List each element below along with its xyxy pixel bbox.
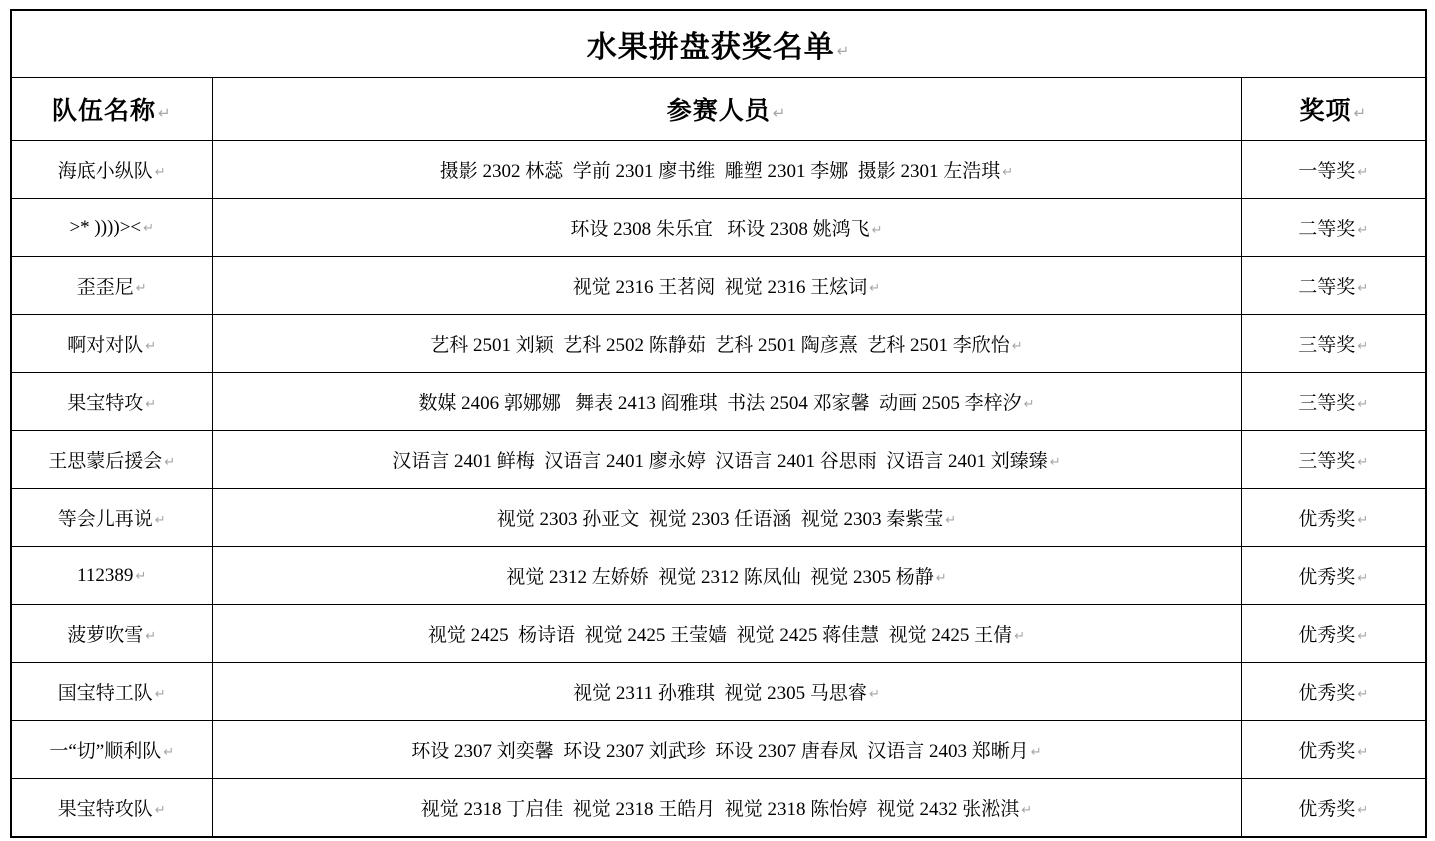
members-cell[interactable]: 视觉 2312 左娇娇 视觉 2312 陈凤仙 视觉 2305 杨静↵ xyxy=(212,547,1241,605)
paragraph-return-icon: ↵ xyxy=(164,455,175,470)
award-text: 优秀奖 xyxy=(1298,567,1355,588)
award-text: 优秀奖 xyxy=(1298,625,1355,646)
members-text: 视觉 2303 孙亚文 视觉 2303 任语涵 视觉 2303 秦紫莹 xyxy=(497,509,944,530)
members-text: 视觉 2318 丁启佳 视觉 2318 王皓月 视觉 2318 陈怡婷 视觉 2… xyxy=(421,799,1020,820)
members-text: 环设 2307 刘奕馨 环设 2307 刘武珍 环设 2307 唐春凤 汉语言 … xyxy=(411,741,1029,762)
team-name: 菠萝吹雪 xyxy=(67,625,143,646)
paragraph-return-icon: ↵ xyxy=(1357,629,1368,644)
members-cell[interactable]: 视觉 2311 孙雅琪 视觉 2305 马思睿↵ xyxy=(212,663,1241,721)
paragraph-return-icon: ↵ xyxy=(1031,745,1042,760)
table-row: 一“切”顺利队↵ 环设 2307 刘奕馨 环设 2307 刘武珍 环设 2307… xyxy=(11,721,1426,779)
award-cell[interactable]: 三等奖↵ xyxy=(1241,373,1426,431)
paragraph-return-icon: ↵ xyxy=(155,513,166,528)
team-name: 果宝特攻 xyxy=(67,393,143,414)
team-cell[interactable]: 果宝特攻↵ xyxy=(11,373,212,431)
paragraph-return-icon: ↵ xyxy=(1021,803,1032,818)
paragraph-return-icon: ↵ xyxy=(155,803,166,818)
award-cell[interactable]: 优秀奖↵ xyxy=(1241,605,1426,663)
paragraph-return-icon: ↵ xyxy=(143,221,154,236)
award-table: 水果拼盘获奖名单↵ 队伍名称↵ 参赛人员↵ 奖项↵ 海底小纵队↵ 摄影 2302… xyxy=(10,9,1427,838)
paragraph-return-icon: ↵ xyxy=(145,629,156,644)
award-text: 三等奖 xyxy=(1298,451,1355,472)
award-cell[interactable]: 优秀奖↵ xyxy=(1241,547,1426,605)
paragraph-return-icon: ↵ xyxy=(1002,165,1013,180)
paragraph-return-icon: ↵ xyxy=(945,513,956,528)
award-cell[interactable]: 二等奖↵ xyxy=(1241,199,1426,257)
members-cell[interactable]: 摄影 2302 林蕊 学前 2301 廖书维 雕塑 2301 李娜 摄影 230… xyxy=(212,141,1241,199)
document-title-cell[interactable]: 水果拼盘获奖名单↵ xyxy=(11,10,1426,78)
header-award-label: 奖项 xyxy=(1299,98,1351,125)
award-text: 三等奖 xyxy=(1298,393,1355,414)
team-cell[interactable]: 国宝特工队↵ xyxy=(11,663,212,721)
team-name: 海底小纵队 xyxy=(58,161,153,182)
team-name: 歪歪尼 xyxy=(77,277,134,298)
paragraph-return-icon: ↵ xyxy=(135,569,146,584)
table-row: >* ))))><↵ 环设 2308 朱乐宜 环设 2308 姚鸿飞↵ 二等奖↵ xyxy=(11,199,1426,257)
members-cell[interactable]: 环设 2307 刘奕馨 环设 2307 刘武珍 环设 2307 唐春凤 汉语言 … xyxy=(212,721,1241,779)
team-name: 等会儿再说 xyxy=(58,509,153,530)
team-cell[interactable]: 等会儿再说↵ xyxy=(11,489,212,547)
title-row: 水果拼盘获奖名单↵ xyxy=(11,10,1426,78)
members-text: 汉语言 2401 鲜梅 汉语言 2401 廖永婷 汉语言 2401 谷思雨 汉语… xyxy=(392,451,1048,472)
team-cell[interactable]: 112389↵ xyxy=(11,547,212,605)
table-row: 啊对对队↵ 艺科 2501 刘颖 艺科 2502 陈静茹 艺科 2501 陶彦熹… xyxy=(11,315,1426,373)
table-row: 112389↵ 视觉 2312 左娇娇 视觉 2312 陈凤仙 视觉 2305 … xyxy=(11,547,1426,605)
team-name: 112389 xyxy=(77,565,133,586)
paragraph-return-icon: ↵ xyxy=(1357,339,1368,354)
paragraph-return-icon: ↵ xyxy=(837,42,851,60)
award-text: 优秀奖 xyxy=(1298,799,1355,820)
header-row: 队伍名称↵ 参赛人员↵ 奖项↵ xyxy=(11,78,1426,141)
table-row: 果宝特攻↵ 数媒 2406 郭娜娜 舞表 2413 阎雅琪 书法 2504 邓家… xyxy=(11,373,1426,431)
team-name: 王思蒙后援会 xyxy=(48,451,162,472)
members-cell[interactable]: 数媒 2406 郭娜娜 舞表 2413 阎雅琪 书法 2504 邓家馨 动画 2… xyxy=(212,373,1241,431)
team-cell[interactable]: 海底小纵队↵ xyxy=(11,141,212,199)
members-cell[interactable]: 视觉 2316 王茗阅 视觉 2316 王炫词↵ xyxy=(212,257,1241,315)
paragraph-return-icon: ↵ xyxy=(872,223,883,238)
award-text: 优秀奖 xyxy=(1298,741,1355,762)
paragraph-return-icon: ↵ xyxy=(155,687,166,702)
paragraph-return-icon: ↵ xyxy=(1357,803,1368,818)
paragraph-return-icon: ↵ xyxy=(869,281,880,296)
paragraph-return-icon: ↵ xyxy=(1050,455,1061,470)
award-cell[interactable]: 优秀奖↵ xyxy=(1241,721,1426,779)
table-row: 果宝特攻队↵ 视觉 2318 丁启佳 视觉 2318 王皓月 视觉 2318 陈… xyxy=(11,779,1426,838)
members-text: 艺科 2501 刘颖 艺科 2502 陈静茹 艺科 2501 陶彦熹 艺科 25… xyxy=(430,335,1010,356)
paragraph-return-icon: ↵ xyxy=(155,165,166,180)
award-text: 优秀奖 xyxy=(1298,509,1355,530)
header-team[interactable]: 队伍名称↵ xyxy=(11,78,212,141)
team-name: >* ))))>< xyxy=(69,217,141,238)
table-row: 菠萝吹雪↵ 视觉 2425 杨诗语 视觉 2425 王莹嫱 视觉 2425 蒋佳… xyxy=(11,605,1426,663)
members-cell[interactable]: 视觉 2425 杨诗语 视觉 2425 王莹嫱 视觉 2425 蒋佳慧 视觉 2… xyxy=(212,605,1241,663)
table-row: 歪歪尼↵ 视觉 2316 王茗阅 视觉 2316 王炫词↵ 二等奖↵ xyxy=(11,257,1426,315)
team-cell[interactable]: 一“切”顺利队↵ xyxy=(11,721,212,779)
team-cell[interactable]: 菠萝吹雪↵ xyxy=(11,605,212,663)
members-text: 视觉 2316 王茗阅 视觉 2316 王炫词 xyxy=(573,277,868,298)
team-cell[interactable]: >* ))))><↵ xyxy=(11,199,212,257)
members-cell[interactable]: 视觉 2303 孙亚文 视觉 2303 任语涵 视觉 2303 秦紫莹↵ xyxy=(212,489,1241,547)
paragraph-return-icon: ↵ xyxy=(1024,397,1035,412)
team-cell[interactable]: 王思蒙后援会↵ xyxy=(11,431,212,489)
award-text: 二等奖 xyxy=(1298,277,1355,298)
paragraph-return-icon: ↵ xyxy=(1357,455,1368,470)
paragraph-return-icon: ↵ xyxy=(773,104,787,122)
paragraph-return-icon: ↵ xyxy=(145,339,156,354)
table-row: 等会儿再说↵ 视觉 2303 孙亚文 视觉 2303 任语涵 视觉 2303 秦… xyxy=(11,489,1426,547)
paragraph-return-icon: ↵ xyxy=(1357,165,1368,180)
team-name: 啊对对队 xyxy=(67,335,143,356)
members-cell[interactable]: 艺科 2501 刘颖 艺科 2502 陈静茹 艺科 2501 陶彦熹 艺科 25… xyxy=(212,315,1241,373)
paragraph-return-icon: ↵ xyxy=(163,745,174,760)
header-members-label: 参赛人员 xyxy=(667,98,771,125)
award-text: 一等奖 xyxy=(1298,161,1355,182)
members-text: 摄影 2302 林蕊 学前 2301 廖书维 雕塑 2301 李娜 摄影 230… xyxy=(440,161,1001,182)
team-cell[interactable]: 啊对对队↵ xyxy=(11,315,212,373)
paragraph-return-icon: ↵ xyxy=(136,281,147,296)
paragraph-return-icon: ↵ xyxy=(1012,339,1023,354)
paragraph-return-icon: ↵ xyxy=(936,571,947,586)
paragraph-return-icon: ↵ xyxy=(1357,745,1368,760)
paragraph-return-icon: ↵ xyxy=(1357,223,1368,238)
paragraph-return-icon: ↵ xyxy=(145,397,156,412)
paragraph-return-icon: ↵ xyxy=(1357,571,1368,586)
table-row: 国宝特工队↵ 视觉 2311 孙雅琪 视觉 2305 马思睿↵ 优秀奖↵ xyxy=(11,663,1426,721)
document-title: 水果拼盘获奖名单 xyxy=(587,31,835,64)
header-members[interactable]: 参赛人员↵ xyxy=(212,78,1241,141)
members-text: 视觉 2312 左娇娇 视觉 2312 陈凤仙 视觉 2305 杨静 xyxy=(506,567,934,588)
award-cell[interactable]: 三等奖↵ xyxy=(1241,315,1426,373)
team-name: 一“切”顺利队 xyxy=(49,741,161,762)
award-cell[interactable]: 二等奖↵ xyxy=(1241,257,1426,315)
members-text: 环设 2308 朱乐宜 环设 2308 姚鸿飞 xyxy=(570,219,869,240)
document-page: 水果拼盘获奖名单↵ 队伍名称↵ 参赛人员↵ 奖项↵ 海底小纵队↵ 摄影 2302… xyxy=(0,0,1435,841)
paragraph-return-icon: ↵ xyxy=(1357,281,1368,296)
paragraph-return-icon: ↵ xyxy=(158,104,172,122)
paragraph-return-icon: ↵ xyxy=(1014,629,1025,644)
team-cell[interactable]: 歪歪尼↵ xyxy=(11,257,212,315)
team-cell[interactable]: 果宝特攻队↵ xyxy=(11,779,212,838)
members-cell[interactable]: 视觉 2318 丁启佳 视觉 2318 王皓月 视觉 2318 陈怡婷 视觉 2… xyxy=(212,779,1241,838)
members-text: 视觉 2311 孙雅琪 视觉 2305 马思睿 xyxy=(573,683,867,704)
members-text: 数媒 2406 郭娜娜 舞表 2413 阎雅琪 书法 2504 邓家馨 动画 2… xyxy=(418,393,1021,414)
award-text: 优秀奖 xyxy=(1298,683,1355,704)
paragraph-return-icon: ↵ xyxy=(1357,513,1368,528)
award-text: 三等奖 xyxy=(1298,335,1355,356)
team-name: 果宝特攻队 xyxy=(58,799,153,820)
award-text: 二等奖 xyxy=(1298,219,1355,240)
header-team-label: 队伍名称 xyxy=(52,98,156,125)
paragraph-return-icon: ↵ xyxy=(1353,104,1367,122)
members-cell[interactable]: 环设 2308 朱乐宜 环设 2308 姚鸿飞↵ xyxy=(212,199,1241,257)
award-cell[interactable]: 优秀奖↵ xyxy=(1241,779,1426,838)
award-cell[interactable]: 一等奖↵ xyxy=(1241,141,1426,199)
paragraph-return-icon: ↵ xyxy=(1357,687,1368,702)
award-cell[interactable]: 优秀奖↵ xyxy=(1241,489,1426,547)
members-text: 视觉 2425 杨诗语 视觉 2425 王莹嫱 视觉 2425 蒋佳慧 视觉 2… xyxy=(428,625,1012,646)
table-row: 王思蒙后援会↵ 汉语言 2401 鲜梅 汉语言 2401 廖永婷 汉语言 240… xyxy=(11,431,1426,489)
table-row: 海底小纵队↵ 摄影 2302 林蕊 学前 2301 廖书维 雕塑 2301 李娜… xyxy=(11,141,1426,199)
members-cell[interactable]: 汉语言 2401 鲜梅 汉语言 2401 廖永婷 汉语言 2401 谷思雨 汉语… xyxy=(212,431,1241,489)
award-cell[interactable]: 三等奖↵ xyxy=(1241,431,1426,489)
award-cell[interactable]: 优秀奖↵ xyxy=(1241,663,1426,721)
paragraph-return-icon: ↵ xyxy=(1357,397,1368,412)
team-name: 国宝特工队 xyxy=(58,683,153,704)
paragraph-return-icon: ↵ xyxy=(869,687,880,702)
header-award[interactable]: 奖项↵ xyxy=(1241,78,1426,141)
